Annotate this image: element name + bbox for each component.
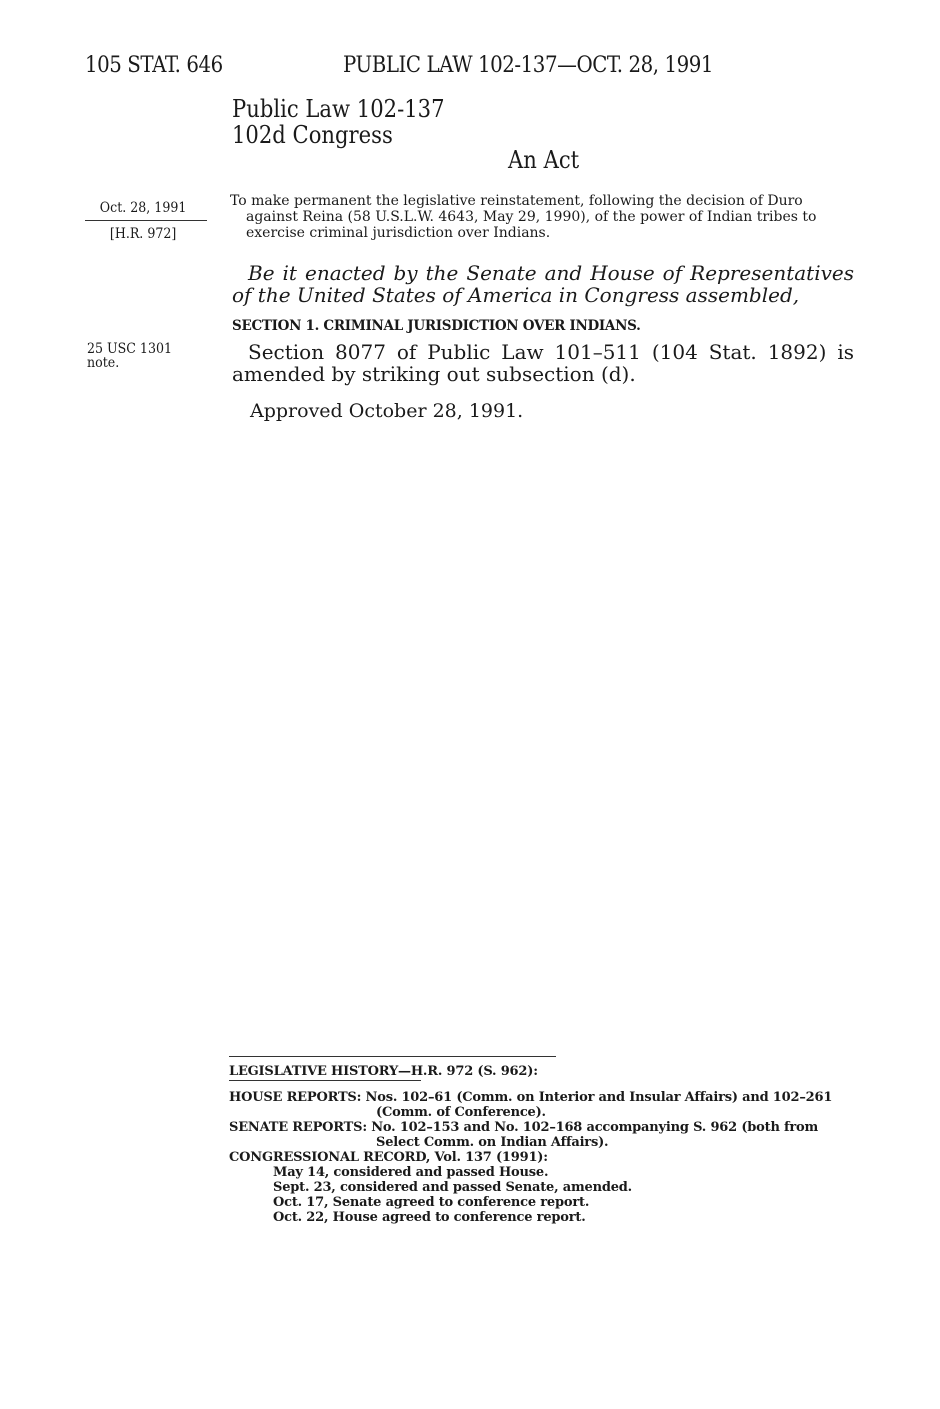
history-action: Oct. 17, Senate agreed to conference rep…: [229, 1195, 854, 1210]
usc-note: note.: [87, 356, 172, 370]
margin-date: Oct. 28, 1991: [90, 200, 196, 216]
history-action: May 14, considered and passed House.: [229, 1165, 854, 1180]
purpose-line: against Reina (58 U.S.L.W. 4643, May 29,…: [230, 209, 855, 225]
house-reports: HOUSE REPORTS: Nos. 102–61 (Comm. on Int…: [229, 1090, 854, 1105]
act-label: An Act: [508, 146, 579, 174]
purpose-clause: To make permanent the legislative reinst…: [230, 193, 855, 241]
history-divider: [229, 1056, 556, 1057]
law-title-block: Public Law 102-137 102d Congress: [232, 96, 445, 148]
law-number: Public Law 102-137: [232, 96, 445, 122]
history-title-underline: [229, 1080, 421, 1081]
approval-date: Approved October 28, 1991.: [250, 400, 523, 422]
usc-citation: 25 USC 1301: [87, 342, 172, 356]
section-heading: SECTION 1. CRIMINAL JURISDICTION OVER IN…: [232, 318, 641, 334]
legislative-history: HOUSE REPORTS: Nos. 102–61 (Comm. on Int…: [229, 1090, 854, 1225]
history-action: Sept. 23, considered and passed Senate, …: [229, 1180, 854, 1195]
congressional-record: CONGRESSIONAL RECORD, Vol. 137 (1991):: [229, 1150, 854, 1165]
purpose-line: To make permanent the legislative reinst…: [230, 193, 855, 209]
margin-usc-note: 25 USC 1301 note.: [87, 342, 172, 370]
history-action: Oct. 22, House agreed to conference repo…: [229, 1210, 854, 1225]
senate-reports: SENATE REPORTS: No. 102–153 and No. 102–…: [229, 1120, 854, 1135]
senate-reports-cont: Select Comm. on Indian Affairs).: [229, 1135, 854, 1150]
margin-divider: [85, 220, 207, 221]
house-reports-cont: (Comm. of Conference).: [229, 1105, 854, 1120]
congress: 102d Congress: [232, 122, 445, 148]
legislative-history-title: LEGISLATIVE HISTORY—H.R. 972 (S. 962):: [229, 1064, 538, 1079]
page-citation: 105 STAT. 646: [85, 53, 223, 78]
margin-bill: [H.R. 972]: [90, 226, 196, 242]
purpose-line: exercise criminal jurisdiction over Indi…: [230, 225, 855, 241]
section-body: Section 8077 of Public Law 101–511 (104 …: [232, 341, 854, 385]
running-title: PUBLIC LAW 102-137—OCT. 28, 1991: [343, 53, 713, 78]
enacting-clause: Be it enacted by the Senate and House of…: [232, 262, 854, 306]
